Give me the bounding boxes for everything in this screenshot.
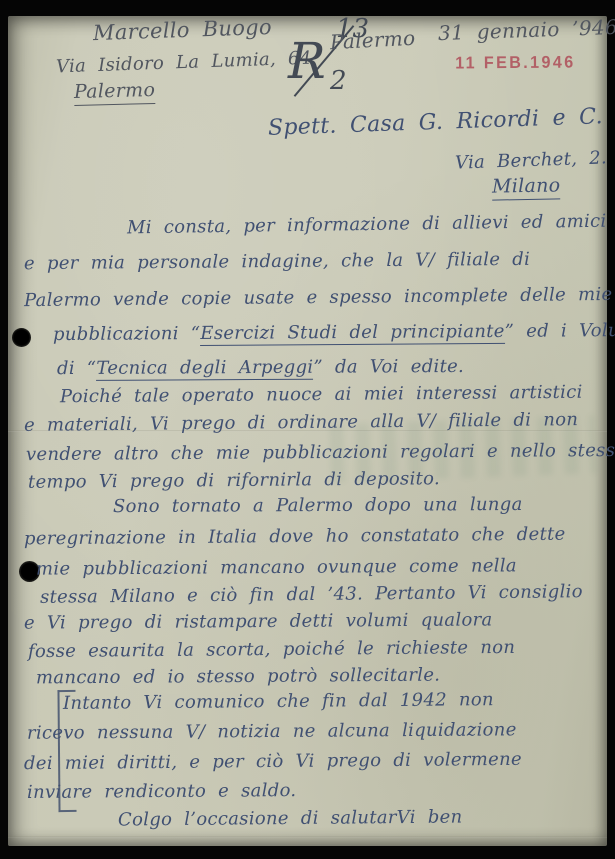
body-line-text: ” da Voi edite. — [313, 356, 464, 378]
body-line-text: di “ — [57, 358, 97, 379]
body-line-text: pubblicazioni “ — [53, 323, 200, 345]
underlined-title: Tecnica degli Arpeggi — [96, 357, 313, 381]
body-line: Intanto Vi comunico che fin dal 1942 non — [63, 691, 494, 713]
body-line: Colgo l’occasione di salutarVi ben — [118, 808, 463, 829]
body-line: Poiché tale operato nuoce ai miei intere… — [60, 384, 583, 407]
body-line: Sono tornato a Palermo dopo una lunga — [113, 496, 523, 516]
body-line: dei miei diritti, e per ciò Vi prego di … — [24, 751, 522, 773]
sender-city: Palermo — [74, 81, 156, 102]
dateline-place: Palermo — [330, 28, 416, 52]
punch-hole-top — [12, 328, 31, 347]
body-line-text: ” ed i Volumi — [505, 320, 615, 342]
body-line: e per mia personale indagine, che la V/ … — [24, 251, 530, 273]
received-date-stamp: 11 FEB.1946 — [455, 53, 576, 74]
body-line: di “Tecnica degli Arpeggi” da Voi edite. — [57, 358, 464, 378]
body-line: pubblicazioni “Esercizi Studi del princi… — [53, 322, 615, 344]
registration-denominator: 2 — [330, 66, 347, 96]
body-line: mancano ed io stesso potrò sollecitarle. — [36, 667, 440, 688]
underlined-title: Esercizi Studi del principiante — [200, 321, 505, 346]
recipient-street: Via Berchet, 2. — [455, 149, 608, 172]
scanned-letter-page: Marcello Buogo Via Isidoro La Lumia, 64 … — [0, 0, 615, 859]
fold-crease — [8, 836, 607, 838]
body-line: e Vi prego di ristampare detti volumi qu… — [24, 611, 493, 632]
body-line: ricevo nessuna V/ notizia ne alcuna liqu… — [27, 721, 517, 742]
dateline-date: 31 gennaio ’946 — [438, 17, 615, 43]
body-line: mie pubblicazioni mancano ovunque come n… — [36, 557, 517, 578]
body-line: peregrinazione in Italia dove ho constat… — [24, 526, 566, 549]
body-line: tempo Vi prego di rifornirla di deposito… — [28, 470, 440, 492]
recipient-city: Milano — [492, 176, 561, 196]
body-line: fosse esaurita la scorta, poiché le rich… — [28, 639, 515, 661]
body-line: vendere altro che mie pubblicazioni rego… — [26, 442, 615, 464]
body-line: inviare rendiconto e saldo. — [27, 782, 297, 802]
